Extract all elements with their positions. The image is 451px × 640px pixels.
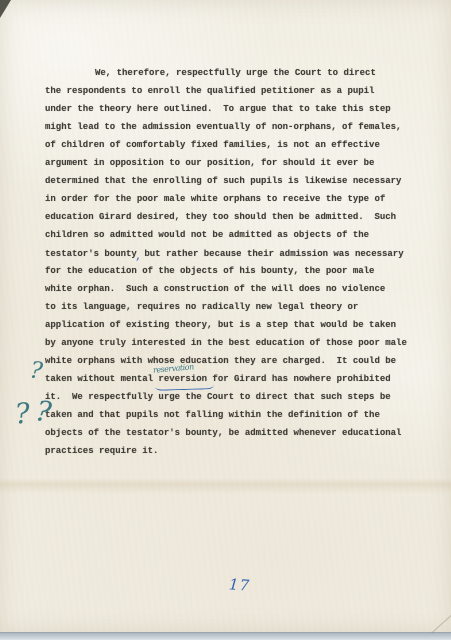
typed-text: but rather because their admission was n…	[139, 249, 404, 259]
typed-line: to its language, requires no radically n…	[45, 298, 425, 316]
typed-line: white orphan. Such a construction of the…	[45, 280, 425, 298]
typed-line: the respondents to enroll the qualified …	[45, 82, 425, 100]
underlined-word: reversionreservation	[158, 370, 207, 388]
typed-line: for the education of the objects of his …	[45, 262, 425, 280]
typed-line: argument in opposition to our position, …	[45, 154, 425, 172]
typed-line: of children of comfortably fixed familie…	[45, 136, 425, 154]
typed-line: education Girard desired, they too shoul…	[45, 208, 425, 226]
handwritten-page-number: 17	[228, 575, 250, 594]
margin-question-mark: ?	[29, 359, 44, 383]
typed-line: in order for the poor male white orphans…	[45, 190, 425, 208]
typed-text: testator's bounty	[45, 249, 137, 259]
typed-text-block: We, therefore, respectfully urge the Cou…	[45, 64, 425, 460]
typed-line: determined that the enrolling of such pu…	[45, 172, 425, 190]
scan-background-strip	[0, 633, 451, 640]
handwritten-correction: reservation	[153, 358, 195, 379]
margin-question-mark: ?	[14, 399, 31, 428]
typed-line: taken and that pupils not falling within…	[45, 406, 425, 424]
typed-line: white orphans with whose education they …	[45, 352, 425, 370]
typed-line: application of existing theory, but is a…	[45, 316, 425, 334]
typed-line: objects of the testator's bounty, be adm…	[45, 424, 425, 442]
typed-line: taken without mental reversionreservatio…	[45, 370, 425, 388]
typed-line: testator's bounty, but rather because th…	[45, 244, 425, 262]
typed-line: under the theory here outlined. To argue…	[45, 100, 425, 118]
handwritten-comma-insertion: ,	[136, 248, 140, 263]
typed-text: for Girard has nowhere prohibited	[207, 374, 391, 384]
typed-line: by anyone truly interested in the best e…	[45, 334, 425, 352]
typed-line: We, therefore, respectfully urge the Cou…	[45, 64, 425, 82]
typed-line: practices require it.	[45, 442, 425, 460]
typed-line: children so admitted would not be admitt…	[45, 226, 425, 244]
typed-line: might lead to the admission eventually o…	[45, 118, 425, 136]
scanned-page: We, therefore, respectfully urge the Cou…	[0, 0, 451, 633]
paper-crease	[0, 478, 451, 494]
typed-text: taken without mental	[45, 374, 158, 384]
typed-line: it. We respectfully urge the Court to di…	[45, 388, 425, 406]
